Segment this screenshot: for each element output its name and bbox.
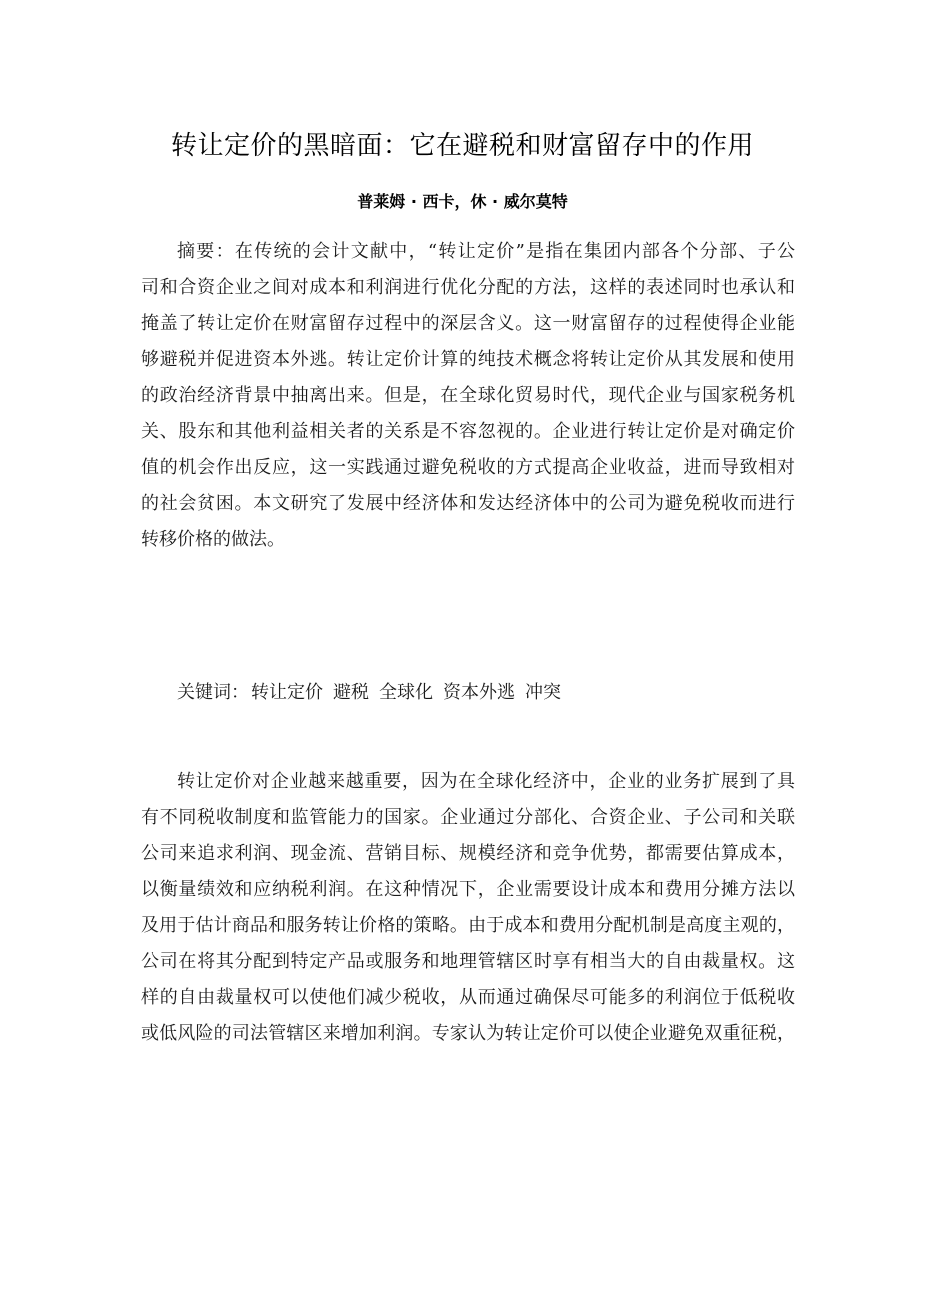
abstract-section: 摘要：在传统的会计文献中，“转让定价”是指在集团内部各个分部、子公 司和合资企业… [141,234,795,558]
keyword: 避税 [333,682,369,703]
abstract-line: 的政治经济背景中抽离出来。但是，在全球化贸易时代，现代企业与国家税务机 [141,378,795,414]
abstract-line: 值的机会作出反应，这一实践通过避免税收的方式提高企业收益，进而导致相对 [141,450,795,486]
author-line: 普莱姆 · 西卡，休 · 威尔莫特 [0,190,925,214]
body-line: 样的自由裁量权可以使他们减少税收，从而通过确保尽可能多的利润位于低税收 [141,980,795,1016]
keyword: 资本外逃 [443,682,515,703]
document-title: 转让定价的黑暗面：它在避税和财富留存中的作用 [0,126,925,166]
abstract-line: 关、股东和其他利益相关者的关系是不容忽视的。企业进行转让定价是对确定价 [141,414,795,450]
keywords-label: 关键词： [177,682,249,703]
document-page: 转让定价的黑暗面：它在避税和财富留存中的作用 普莱姆 · 西卡，休 · 威尔莫特… [0,0,925,1309]
body-paragraph: 转让定价对企业越来越重要，因为在全球化经济中，企业的业务扩展到了具 有不同税收制… [141,764,795,1052]
body-line: 有不同税收制度和监管能力的国家。企业通过分部化、合资企业、子公司和关联 [141,800,795,836]
abstract-line: 的社会贫困。本文研究了发展中经济体和发达经济体中的公司为避免税收而进行 [141,486,795,522]
keywords-line: 关键词：转让定价避税全球化资本外逃冲突 [141,675,795,711]
abstract-line: 够避税并促进资本外逃。转让定价计算的纯技术概念将转让定价从其发展和使用 [141,342,795,378]
abstract-line: 掩盖了转让定价在财富留存过程中的深层含义。这一财富留存的过程使得企业能 [141,306,795,342]
abstract-line: 摘要：在传统的会计文献中，“转让定价”是指在集团内部各个分部、子公 [141,234,795,270]
body-line: 转让定价对企业越来越重要，因为在全球化经济中，企业的业务扩展到了具 [141,764,795,800]
body-line: 公司在将其分配到特定产品或服务和地理管辖区时享有相当大的自由裁量权。这 [141,944,795,980]
keywords-section: 关键词：转让定价避税全球化资本外逃冲突 [141,675,795,711]
keyword: 冲突 [525,682,561,703]
keyword: 转让定价 [251,682,323,703]
abstract-line: 转移价格的做法。 [141,522,795,558]
keyword: 全球化 [379,682,433,703]
abstract-line: 司和合资企业之间对成本和利润进行优化分配的方法，这样的表述同时也承认和 [141,270,795,306]
body-line: 以衡量绩效和应纳税利润。在这种情况下，企业需要设计成本和费用分摊方法以 [141,872,795,908]
body-line: 及用于估计商品和服务转让价格的策略。由于成本和费用分配机制是高度主观的， [141,908,795,944]
body-line: 公司来追求利润、现金流、营销目标、规模经济和竞争优势，都需要估算成本， [141,836,795,872]
body-line: 或低风险的司法管辖区来增加利润。专家认为转让定价可以使企业避免双重征税， [141,1016,795,1052]
